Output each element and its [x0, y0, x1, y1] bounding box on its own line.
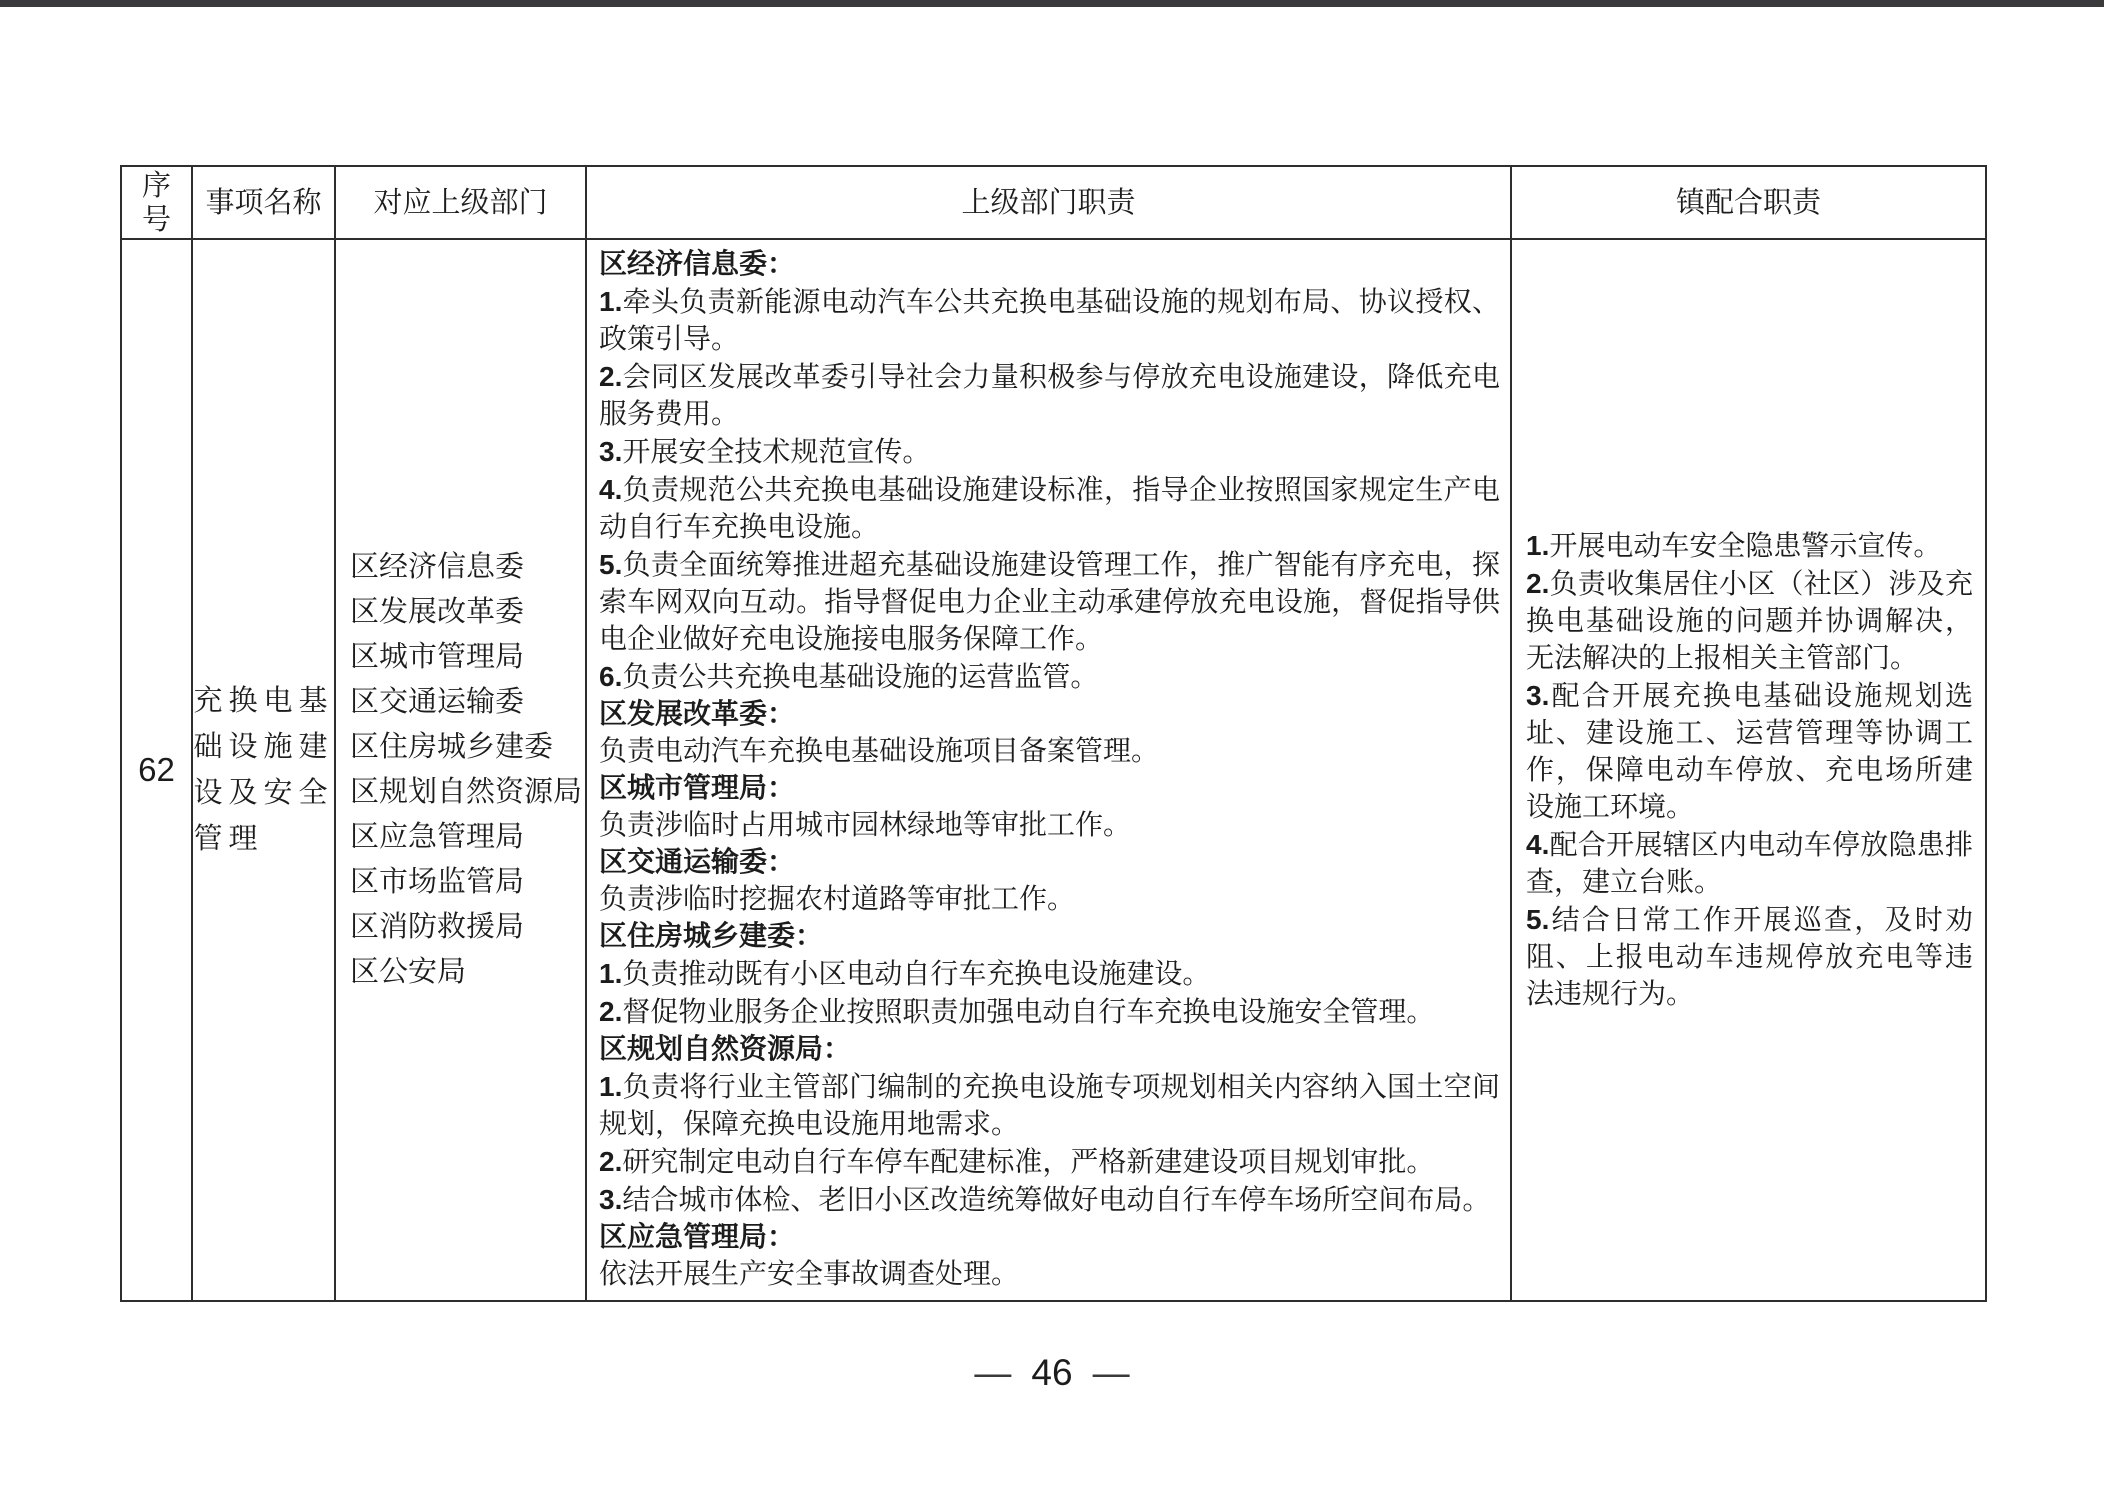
superior-duty-line: 5.负责全面统筹推进超充基础设施建设管理工作，推广智能有序充电，探索车网双向互动…: [599, 546, 1500, 658]
header-item-name: 事项名称: [192, 166, 335, 239]
department-item: 区住房城乡建委: [336, 725, 585, 770]
department-item: 区城市管理局: [336, 635, 585, 680]
superior-duty-line: 依法开展生产安全事故调查处理。: [599, 1256, 1500, 1293]
header-superior-duties: 上级部门职责: [586, 166, 1511, 239]
superior-duty-line: 3.结合城市体检、老旧小区改造统筹做好电动自行车停车场所空间布局。: [599, 1181, 1500, 1219]
superior-duty-line: 区城市管理局：: [599, 770, 1500, 807]
town-duty-item: 1.开展电动车安全隐患警示宣传。: [1526, 527, 1973, 565]
window-top-bar: [0, 0, 2104, 7]
superior-duty-line: 6.负责公共充换电基础设施的运营监管。: [599, 658, 1500, 696]
header-departments: 对应上级部门: [335, 166, 586, 239]
page-number: — 46 —: [0, 1352, 2104, 1394]
department-item: 区经济信息委: [336, 545, 585, 590]
department-item: 区应急管理局: [336, 815, 585, 860]
cell-item-name: 充换电基础设施建设及安全管理: [192, 239, 335, 1301]
superior-duty-list: 区经济信息委：1.牵头负责新能源电动汽车公共充换电基础设施的规划布局、协议授权、…: [599, 246, 1500, 1293]
department-item: 区规划自然资源局: [336, 770, 585, 815]
department-item: 区消防救援局: [336, 905, 585, 950]
superior-duty-line: 2.研究制定电动自行车停车配建标准，严格新建建设项目规划审批。: [599, 1143, 1500, 1181]
superior-duty-line: 负责电动汽车充换电基础设施项目备案管理。: [599, 733, 1500, 770]
item-name-text: 充换电基础设施建设及安全管理: [194, 678, 334, 862]
header-serial-number: 序号: [121, 166, 192, 239]
table-header-row: 序号 事项名称 对应上级部门 上级部门职责 镇配合职责: [121, 166, 1986, 239]
department-item: 区市场监管局: [336, 860, 585, 905]
department-item: 区公安局: [336, 950, 585, 995]
town-duty-item: 3.配合开展充换电基础设施规划选址、建设施工、运营管理等协调工作，保障电动车停放…: [1526, 677, 1973, 826]
page-number-dash-right: —: [1093, 1352, 1130, 1394]
superior-duty-line: 1.负责推动既有小区电动自行车充换电设施建设。: [599, 955, 1500, 993]
superior-duty-line: 区交通运输委：: [599, 844, 1500, 881]
cell-town-duties: 1.开展电动车安全隐患警示宣传。2.负责收集居住小区（社区）涉及充换电基础设施的…: [1511, 239, 1986, 1301]
superior-duty-line: 区经济信息委：: [599, 246, 1500, 283]
superior-duty-line: 3.开展安全技术规范宣传。: [599, 433, 1500, 471]
superior-duty-line: 1.牵头负责新能源电动汽车公共充换电基础设施的规划布局、协议授权、政策引导。: [599, 283, 1500, 358]
department-item: 区交通运输委: [336, 680, 585, 725]
cell-serial-number: 62: [121, 239, 192, 1301]
superior-duty-line: 区发展改革委：: [599, 696, 1500, 733]
superior-duty-line: 负责涉临时占用城市园林绿地等审批工作。: [599, 807, 1500, 844]
department-list: 区经济信息委区发展改革委区城市管理局区交通运输委区住房城乡建委区规划自然资源局区…: [336, 545, 585, 995]
page-number-value: 46: [1031, 1352, 1072, 1394]
table-row: 62 充换电基础设施建设及安全管理 区经济信息委区发展改革委区城市管理局区交通运…: [121, 239, 1986, 1301]
page-number-dash-left: —: [974, 1352, 1011, 1394]
superior-duty-line: 负责涉临时挖掘农村道路等审批工作。: [599, 881, 1500, 918]
department-item: 区发展改革委: [336, 590, 585, 635]
town-duty-list: 1.开展电动车安全隐患警示宣传。2.负责收集居住小区（社区）涉及充换电基础设施的…: [1526, 527, 1973, 1013]
superior-duty-line: 区应急管理局：: [599, 1219, 1500, 1256]
superior-duty-line: 4.负责规范公共充换电基础设施建设标准，指导企业按照国家规定生产电动自行车充换电…: [599, 471, 1500, 546]
town-duty-item: 2.负责收集居住小区（社区）涉及充换电基础设施的问题并协调解决，无法解决的上报相…: [1526, 565, 1973, 677]
superior-duty-line: 区住房城乡建委：: [599, 918, 1500, 955]
superior-duty-line: 1.负责将行业主管部门编制的充换电设施专项规划相关内容纳入国土空间规划，保障充换…: [599, 1068, 1500, 1143]
responsibilities-table: 序号 事项名称 对应上级部门 上级部门职责 镇配合职责 62 充换电基础设施建设…: [120, 165, 1987, 1302]
cell-superior-duties: 区经济信息委：1.牵头负责新能源电动汽车公共充换电基础设施的规划布局、协议授权、…: [586, 239, 1511, 1301]
superior-duty-line: 2.督促物业服务企业按照职责加强电动自行车充换电设施安全管理。: [599, 993, 1500, 1031]
superior-duty-line: 2.会同区发展改革委引导社会力量积极参与停放充电设施建设，降低充电服务费用。: [599, 358, 1500, 433]
town-duty-item: 4.配合开展辖区内电动车停放隐患排查，建立台账。: [1526, 826, 1973, 901]
cell-departments: 区经济信息委区发展改革委区城市管理局区交通运输委区住房城乡建委区规划自然资源局区…: [335, 239, 586, 1301]
superior-duty-line: 区规划自然资源局：: [599, 1031, 1500, 1068]
town-duty-item: 5.结合日常工作开展巡查，及时劝阻、上报电动车违规停放充电等违法违规行为。: [1526, 901, 1973, 1013]
header-town-duties: 镇配合职责: [1511, 166, 1986, 239]
